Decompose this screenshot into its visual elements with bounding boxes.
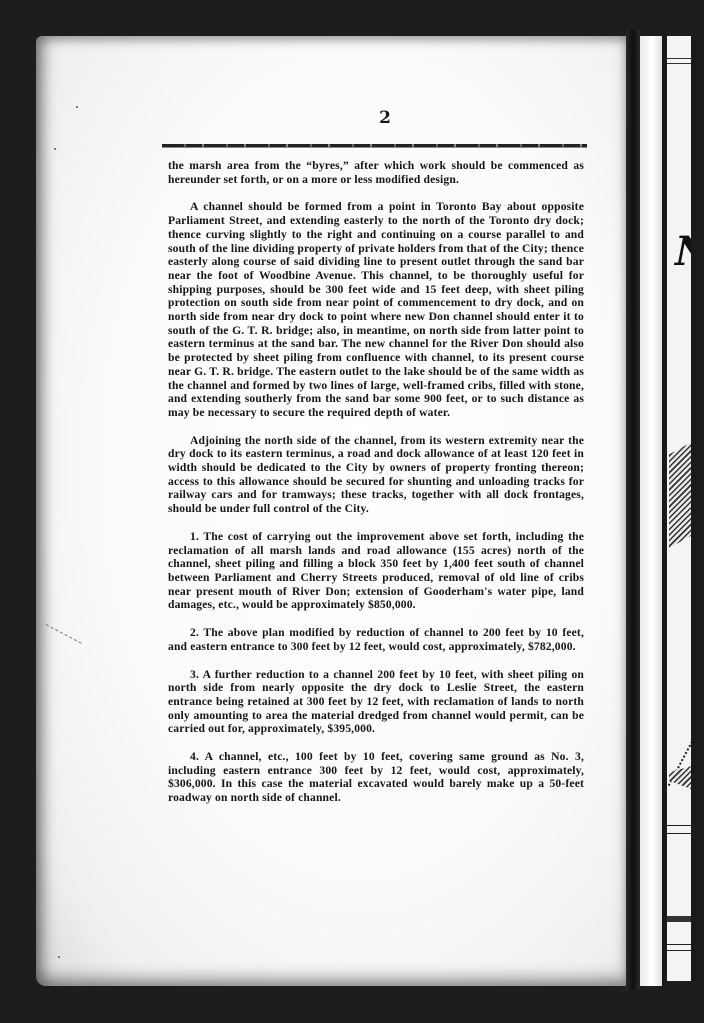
header-rule: [162, 144, 587, 148]
page-gutter: [626, 30, 640, 990]
paragraph-channel-description: A channel should be formed from a point …: [168, 200, 584, 419]
paragraph-dock-allowance: Adjoining the north side of the channel,…: [168, 434, 584, 516]
paragraph-continuation: the marsh area from the “byres,” after w…: [168, 159, 584, 186]
page-number: 2: [186, 108, 584, 132]
speck: [76, 106, 78, 108]
speck: [54, 148, 56, 150]
paragraph-estimate-4: 4. A channel, etc., 100 feet by 10 feet,…: [168, 750, 584, 805]
paragraph-estimate-3: 3. A further reduction to a channel 200 …: [168, 668, 584, 737]
page-edge-strip: [640, 36, 664, 986]
speck: [58, 956, 60, 958]
scanned-spread: N 4 2 the marsh area from the “byres,” a…: [0, 0, 704, 1023]
paragraph-estimate-1: 1. The cost of carrying out the improvem…: [168, 530, 584, 612]
map-page-edge: [691, 36, 697, 981]
page-content: 2 the marsh area from the “byres,” after…: [168, 108, 584, 805]
margin-mark: [46, 624, 82, 644]
facing-map-page: N 4: [667, 36, 697, 981]
paragraph-estimate-2: 2. The above plan modified by reduction …: [168, 626, 584, 653]
